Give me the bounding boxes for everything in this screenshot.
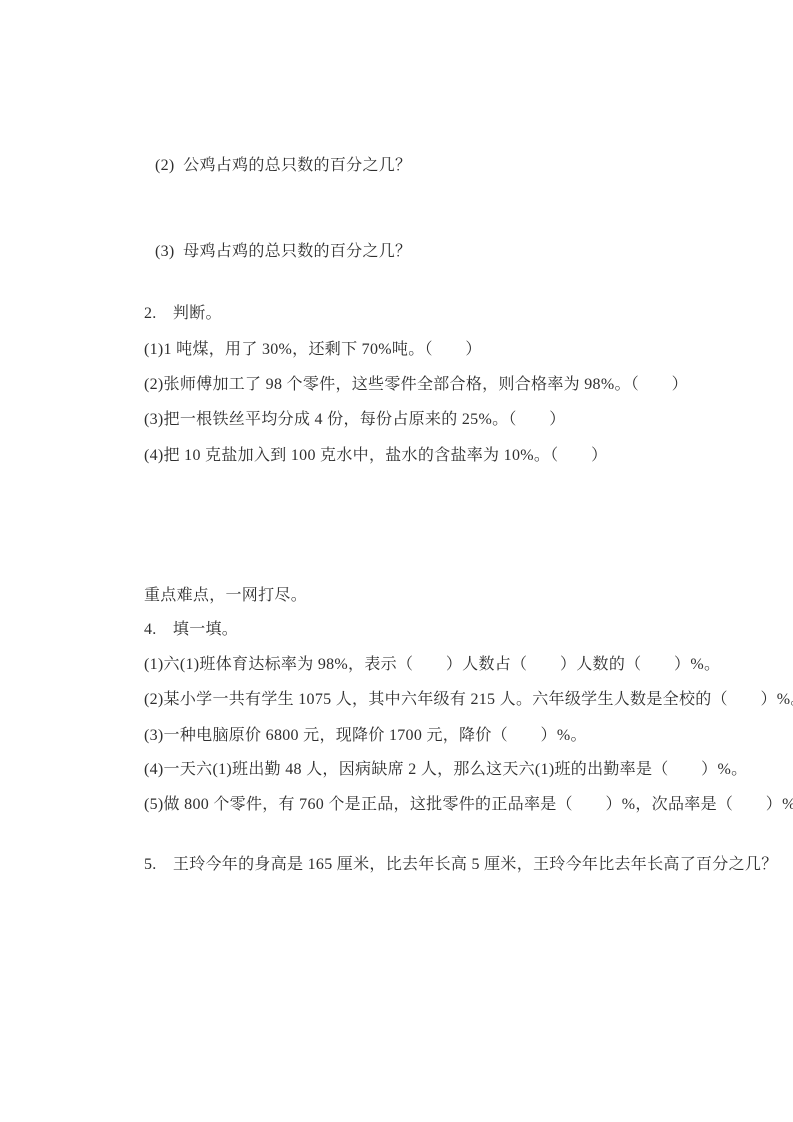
problem-4-title: 4. 填一填。 <box>144 620 238 639</box>
problem-5: 5. 王玲今年的身高是 165 厘米，比去年长高 5 厘米，王玲今年比去年长高了… <box>144 855 778 874</box>
problem-4-item-3: (3)一种电脑原价 6800 元，现降价 1700 元，降价（ ）%。 <box>144 726 587 745</box>
problem-1-part-2: (2) 公鸡占鸡的总只数的百分之几？ <box>155 156 411 175</box>
section-note: 重点难点，一网打尽。 <box>144 586 307 605</box>
problem-2-item-3: (3)把一根铁丝平均分成 4 份，每份占原来的 25%。（ ） <box>144 410 566 429</box>
problem-2-item-1: (1)1 吨煤，用了 30%，还剩下 70%吨。（ ） <box>144 340 482 359</box>
problem-4-item-4: (4)一天六(1)班出勤 48 人，因病缺席 2 人，那么这天六(1)班的出勤率… <box>144 760 747 779</box>
problem-2-title: 2. 判断。 <box>144 304 222 323</box>
problem-4-item-5: (5)做 800 个零件，有 760 个是正品，这批零件的正品率是（ ）%，次品… <box>144 795 793 814</box>
worksheet-page: (2) 公鸡占鸡的总只数的百分之几？ (3) 母鸡占鸡的总只数的百分之几？ 2.… <box>0 0 793 1122</box>
problem-4-item-2: (2)某小学一共有学生 1075 人，其中六年级有 215 人。六年级学生人数是… <box>144 690 793 709</box>
problem-1-part-3: (3) 母鸡占鸡的总只数的百分之几？ <box>155 242 411 261</box>
problem-4-item-1: (1)六(1)班体育达标率为 98%，表示（ ）人数占（ ）人数的（ ）%。 <box>144 655 720 674</box>
problem-2-item-2: (2)张师傅加工了 98 个零件，这些零件全部合格，则合格率为 98%。（ ） <box>144 375 688 394</box>
problem-2-item-4: (4)把 10 克盐加入到 100 克水中，盐水的含盐率为 10%。（ ） <box>144 446 607 465</box>
